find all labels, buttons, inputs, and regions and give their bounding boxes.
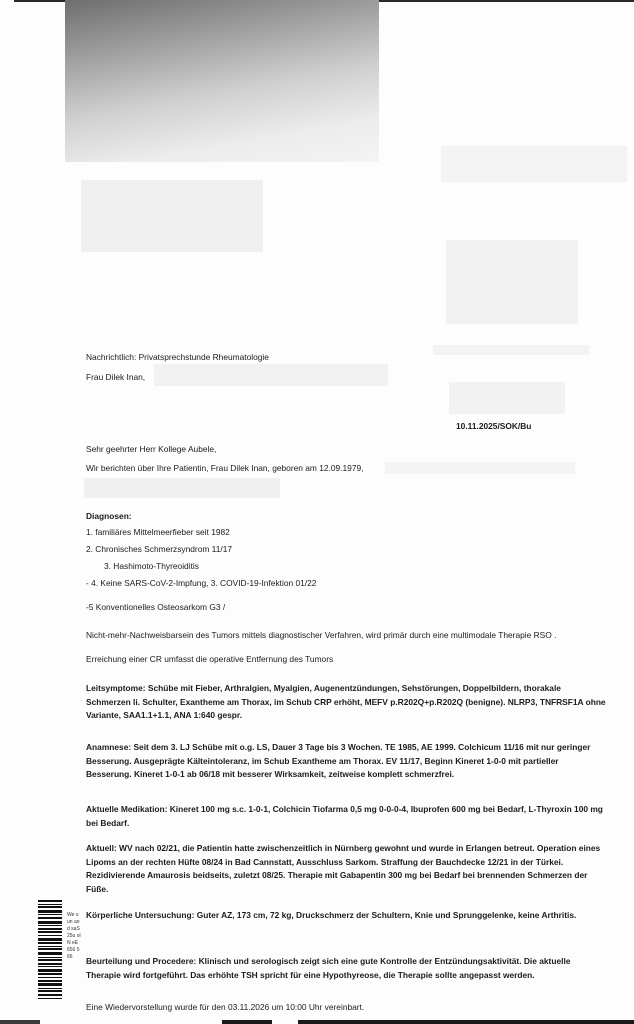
tumor-note: Nicht-mehr-Nachweisbarsein des Tumors mi… — [86, 630, 556, 641]
diagnosis-item: -5 Konventionelles Osteosarkom G3 / — [86, 602, 225, 613]
barcode-side-code: We uun aod saS 25u olN eE 656 566 — [67, 912, 81, 961]
salutation: Sehr geehrter Herr Kollege Aubele, — [86, 444, 216, 455]
tumor-note: Erreichung einer CR umfasst die operativ… — [86, 654, 333, 665]
diagnosis-item: 2. Chronisches Schmerzsyndrom 11/17 — [86, 544, 232, 555]
redacted-reference-info — [449, 382, 565, 414]
follow-up-appointment: Eine Wiedervorstellung wurde für den 03.… — [86, 1002, 364, 1013]
anamnese-paragraph: Anamnese: Seit dem 3. LJ Schübe mit o.g.… — [86, 741, 606, 782]
intro-line: Wir berichten über Ihre Patientin, Frau … — [86, 463, 363, 474]
redacted-patient-address — [385, 462, 575, 474]
scan-bottom-edge — [0, 1020, 634, 1024]
diagnosis-item: 3. Hashimoto-Thyreoiditis — [104, 561, 199, 572]
current-status-paragraph: Aktuell: WV nach 02/21, die Patientin ha… — [86, 842, 606, 896]
redacted-contact-box — [446, 240, 578, 324]
physical-exam-paragraph: Körperliche Untersuchung: Guter AZ, 173 … — [86, 909, 606, 923]
redacted-sender-address — [81, 180, 263, 252]
reference-date: 10.11.2025/SOK/Bu — [456, 421, 531, 432]
diagnoses-heading: Diagnosen: — [86, 511, 132, 522]
recipient-line: Frau Dilek Inan, — [86, 372, 145, 383]
redacted-recipient-address — [154, 364, 388, 386]
redacted-field — [433, 345, 589, 355]
redacted-patient-details — [84, 478, 280, 498]
assessment-paragraph: Beurteilung und Procedere: Klinisch und … — [86, 955, 606, 982]
diagnosis-item: - 4. Keine SARS-CoV-2-Impfung, 3. COVID-… — [86, 578, 316, 589]
redacted-sender-info — [441, 146, 627, 182]
redacted-letterhead-logo — [65, 0, 379, 162]
medication-paragraph: Aktuelle Medikation: Kineret 100 mg s.c.… — [86, 803, 606, 830]
barcode — [38, 900, 62, 1012]
diagnosis-item: 1. familiäres Mittelmeerfieber seit 1982 — [86, 527, 230, 538]
cc-line: Nachrichtlich: Privatsprechstunde Rheuma… — [86, 352, 269, 363]
leitsymptome-paragraph: Leitsymptome: Schübe mit Fieber, Arthral… — [86, 682, 606, 723]
